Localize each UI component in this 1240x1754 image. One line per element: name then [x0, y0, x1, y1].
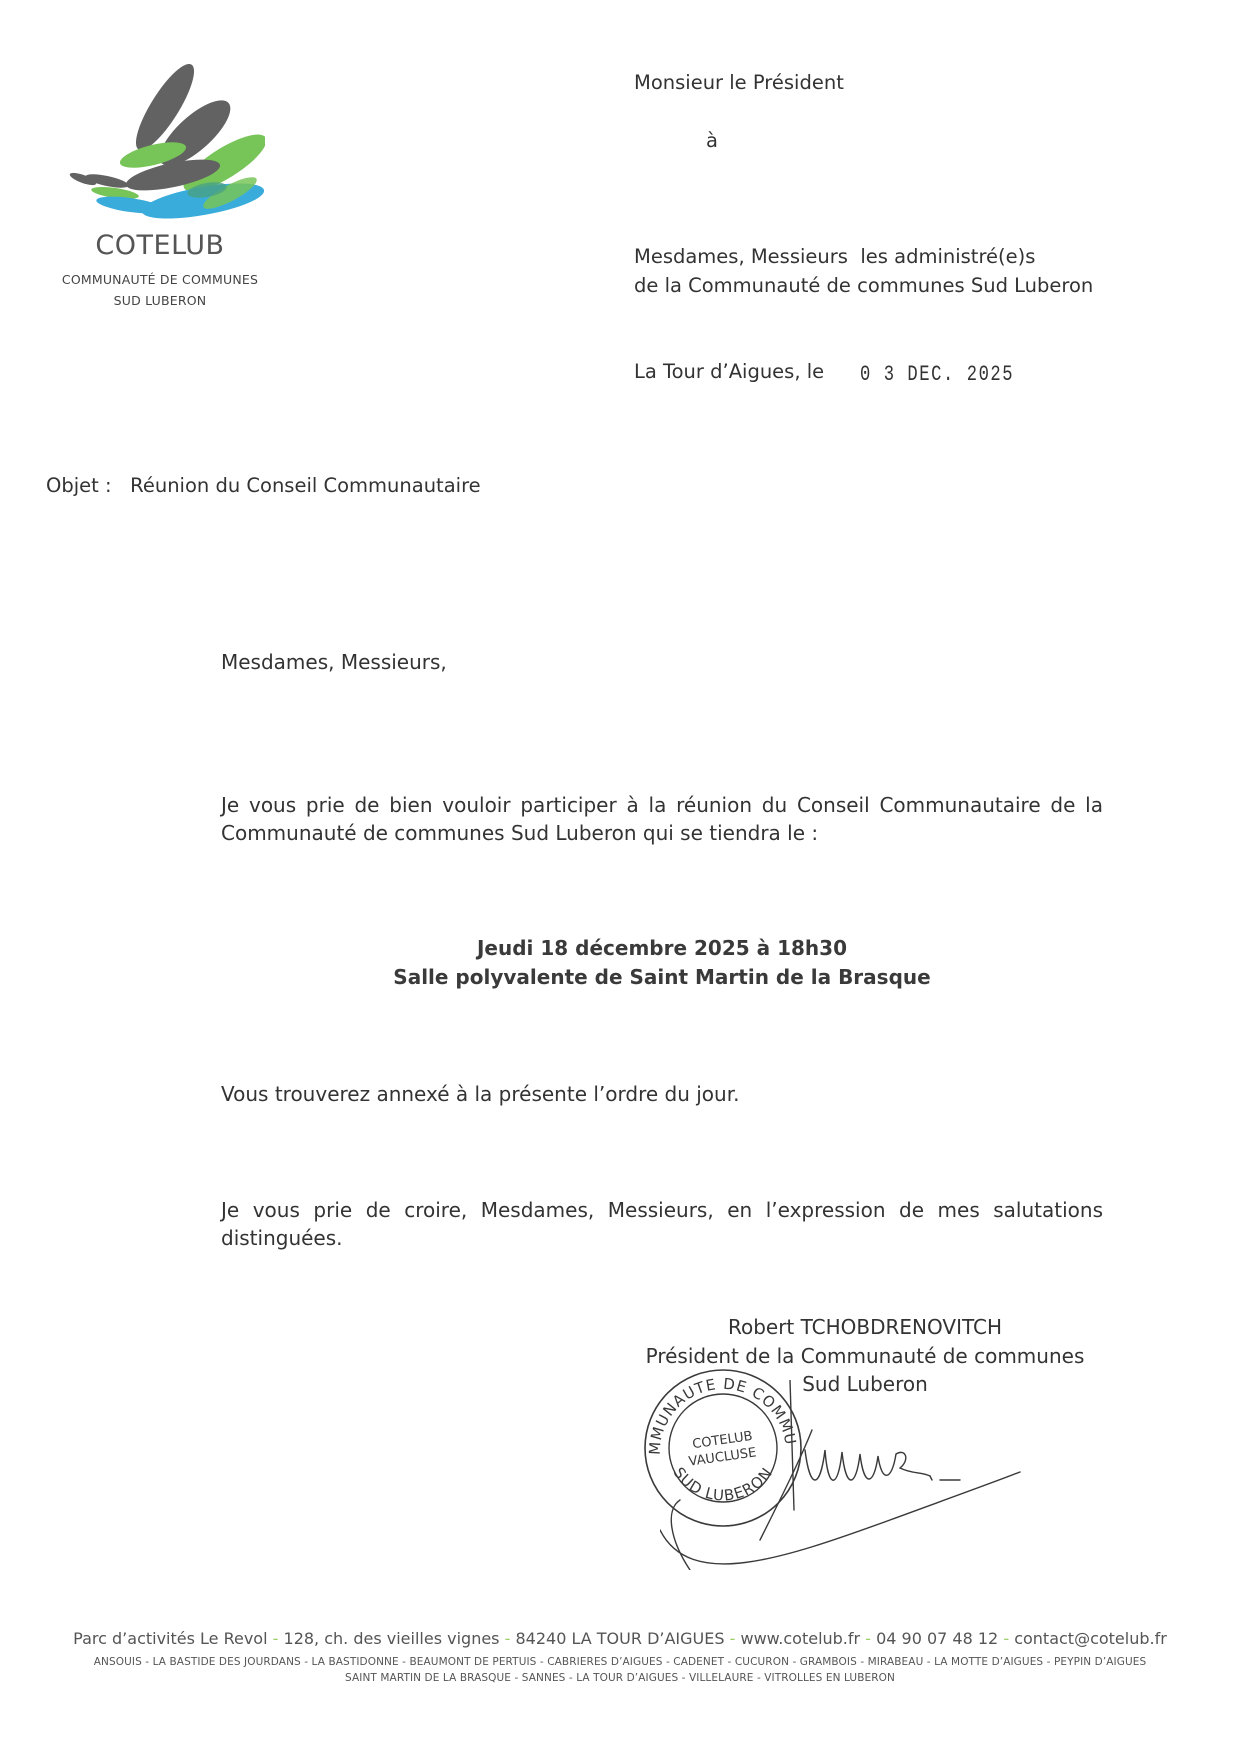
- handwritten-signature-icon: [660, 1380, 1060, 1570]
- cotelub-logo: COTELUB COMMUNAUTÉ DE COMMUNES SUD LUBER…: [55, 55, 265, 315]
- footer-email-link[interactable]: contact@cotelub.fr: [1014, 1629, 1167, 1648]
- logo-name: COTELUB: [55, 230, 265, 261]
- recipient-to: à: [706, 129, 718, 152]
- recipient-line: Mesdames, Messieurs les administré(e)s: [634, 245, 1035, 268]
- letter-object: Objet : Réunion du Conseil Communautaire: [46, 474, 481, 497]
- recipient-line: de la Communauté de communes Sud Luberon: [634, 274, 1093, 297]
- date-stamp: 0 3 DEC. 2025: [860, 362, 1014, 387]
- logo-subtitle: COMMUNAUTÉ DE COMMUNES: [55, 272, 265, 287]
- logo-subtitle-region: SUD LUBERON: [55, 293, 265, 308]
- paragraph-invitation: Je vous prie de bien vouloir participer …: [221, 791, 1103, 847]
- cotelub-leaves-icon: [55, 55, 265, 225]
- object-label: Objet :: [46, 474, 112, 497]
- meeting-details: Jeudi 18 décembre 2025 à 18h30 Salle pol…: [221, 934, 1103, 992]
- signatory-name: Robert TCHOBDRENOVITCH: [640, 1315, 1090, 1339]
- footer-communes-list: SAINT MARTIN DE LA BRASQUE - SANNES - LA…: [0, 1672, 1240, 1684]
- footer-street: 128, ch. des vieilles vignes: [284, 1629, 500, 1648]
- paragraph-closing: Je vous prie de croire, Mesdames, Messie…: [221, 1196, 1103, 1252]
- footer-communes-list: ANSOUIS - LA BASTIDE DES JOURDANS - LA B…: [0, 1656, 1240, 1668]
- footer-phone: 04 90 07 48 12: [876, 1629, 998, 1648]
- object-text: Réunion du Conseil Communautaire: [130, 474, 481, 497]
- sender-title: Monsieur le Président: [634, 71, 844, 94]
- footer-address: Parc d’activités Le Revol - 128, ch. des…: [0, 1629, 1240, 1648]
- footer-park: Parc d’activités Le Revol: [73, 1629, 267, 1648]
- paragraph-agenda: Vous trouverez annexé à la présente l’or…: [221, 1080, 1103, 1108]
- meeting-date: Jeudi 18 décembre 2025 à 18h30: [221, 934, 1103, 963]
- meeting-place: Salle polyvalente de Saint Martin de la …: [221, 963, 1103, 992]
- footer-city: 84240 LA TOUR D’AIGUES: [515, 1629, 724, 1648]
- footer-website-link[interactable]: www.cotelub.fr: [740, 1629, 860, 1648]
- place-label: La Tour d’Aigues, le: [634, 360, 824, 383]
- salutation: Mesdames, Messieurs,: [221, 648, 1103, 676]
